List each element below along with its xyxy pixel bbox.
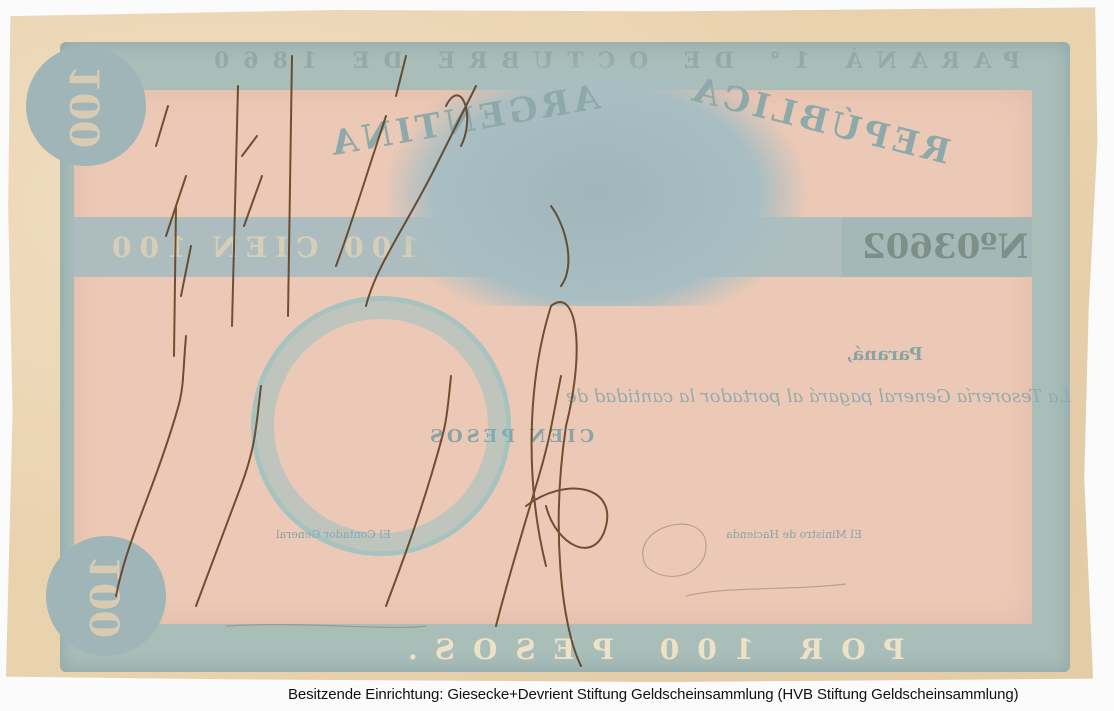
handwritten-endorsements [6,6,1104,682]
provenance-caption: Besitzende Einrichtung: Giesecke+Devrien… [288,686,1018,703]
banknote: PARANÁ 1° DE OCTUBRE DE 1860 100 CIEN 10… [6,6,1104,682]
